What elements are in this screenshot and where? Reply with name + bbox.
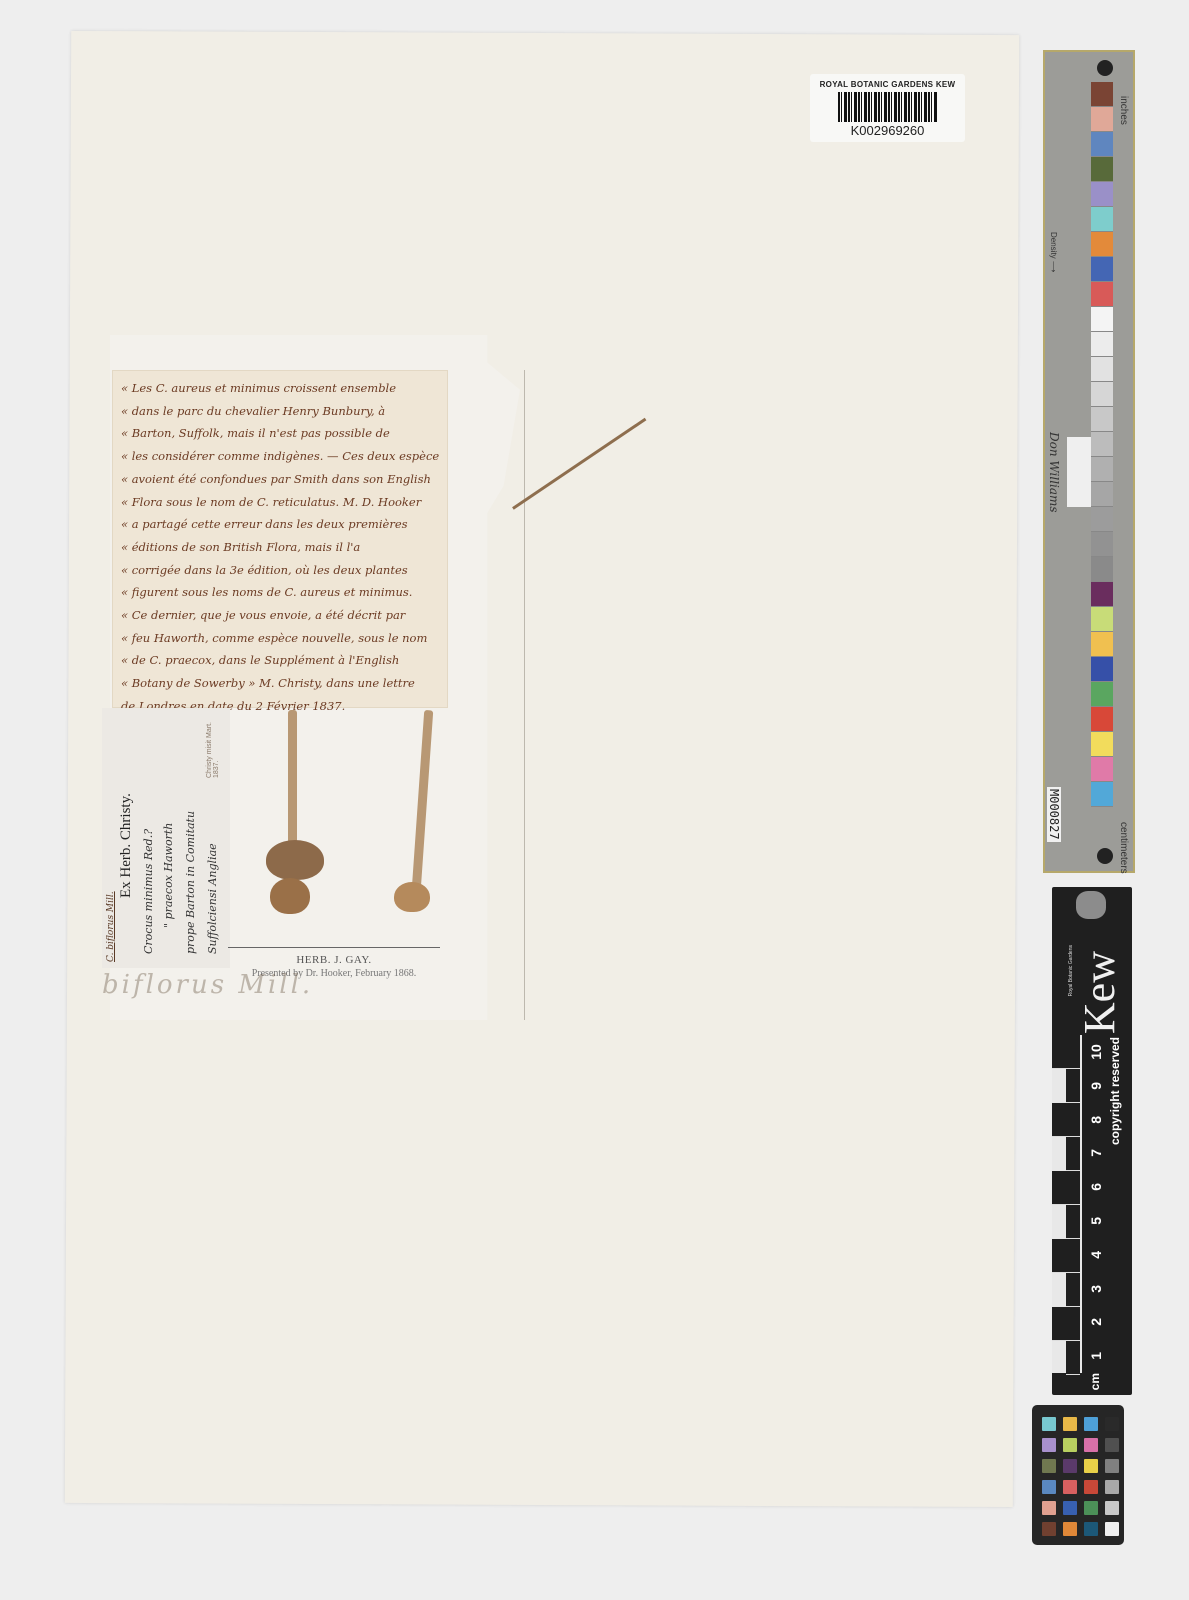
bottom-scrawl: biflorus Mill. bbox=[102, 970, 512, 1015]
checker-swatch bbox=[1063, 1501, 1077, 1515]
christy-line: " praecox Haworth bbox=[162, 823, 175, 928]
herb-title: HERB. J. GAY. bbox=[228, 954, 440, 966]
scale-numbers: 10 9 8 7 6 5 4 3 2 1 bbox=[1088, 1035, 1106, 1373]
barcode bbox=[838, 92, 938, 122]
checker-swatch bbox=[1084, 1459, 1098, 1473]
colour-patch bbox=[1091, 382, 1113, 407]
kew-scale-bar: Royal Botanic Gardens Kew 10 9 8 7 6 5 4… bbox=[1052, 887, 1132, 1395]
colour-patch bbox=[1091, 432, 1113, 457]
checker-swatch bbox=[1042, 1417, 1056, 1431]
colour-scale-ruler: inches Density ⟶ Don Williams M000827 ce… bbox=[1043, 50, 1135, 873]
ruler-hole bbox=[1097, 848, 1113, 864]
christy-heading: Ex Herb. Christy. bbox=[118, 793, 135, 898]
checker-swatch bbox=[1042, 1459, 1056, 1473]
letter-line: « figurent sous les noms de C. aureus et… bbox=[121, 581, 439, 604]
letter-line: « Botany de Sowerby » M. Christy, dans u… bbox=[121, 672, 439, 695]
checker-swatch bbox=[1105, 1459, 1119, 1473]
checker-swatch bbox=[1042, 1522, 1056, 1536]
colour-patch bbox=[1091, 457, 1113, 482]
determination: C. biflorus Mill. bbox=[106, 891, 116, 962]
colour-patch bbox=[1091, 782, 1113, 807]
colour-patch bbox=[1091, 107, 1113, 132]
colour-patch bbox=[1091, 757, 1113, 782]
unit-label: cm bbox=[1088, 1373, 1102, 1390]
checker-swatch bbox=[1063, 1480, 1077, 1494]
inches-label: inches bbox=[1118, 96, 1129, 125]
christy-line: Crocus minimus Red.? bbox=[142, 829, 155, 954]
scale-number: 9 bbox=[1088, 1069, 1104, 1103]
plant-corm bbox=[394, 882, 430, 912]
scale-number: 1 bbox=[1088, 1339, 1104, 1373]
checker-swatch bbox=[1084, 1522, 1098, 1536]
checker-swatch bbox=[1105, 1522, 1119, 1536]
scale-number: 3 bbox=[1088, 1272, 1104, 1306]
colour-patch bbox=[1091, 257, 1113, 282]
colour-patch bbox=[1091, 232, 1113, 257]
colour-patch bbox=[1091, 732, 1113, 757]
scale-number: 2 bbox=[1088, 1305, 1104, 1339]
ruler-hole bbox=[1097, 60, 1113, 76]
kew-crest-icon bbox=[1076, 891, 1106, 919]
barcode-label: ROYAL BOTANIC GARDENS KEW K002969260 bbox=[810, 74, 965, 142]
checker-swatch bbox=[1105, 1501, 1119, 1515]
letter-line: « dans le parc du chevalier Henry Bunbur… bbox=[121, 400, 439, 423]
colour-patch bbox=[1091, 507, 1113, 532]
checker-swatch bbox=[1105, 1480, 1119, 1494]
density-label: Density ⟶ bbox=[1049, 232, 1058, 272]
checker-swatch bbox=[1084, 1438, 1098, 1452]
checker-swatch bbox=[1063, 1438, 1077, 1452]
letter-line: « a partagé cette erreur dans les deux p… bbox=[121, 513, 439, 536]
kew-logo: Kew bbox=[1074, 951, 1125, 1034]
checker-swatch bbox=[1084, 1480, 1098, 1494]
brand-label: Don Williams bbox=[1047, 432, 1061, 513]
scale-number: 10 bbox=[1088, 1035, 1104, 1069]
checker-swatch bbox=[1042, 1501, 1056, 1515]
colour-patch bbox=[1091, 357, 1113, 382]
scale-number: 6 bbox=[1088, 1170, 1104, 1204]
plant-corm bbox=[270, 878, 310, 914]
handwritten-letter: « Les C. aureus et minimus croissent ens… bbox=[112, 370, 448, 708]
packet-fold-line bbox=[524, 370, 525, 1020]
christy-label: C. biflorus Mill. Ex Herb. Christy. Croc… bbox=[102, 708, 230, 968]
colour-patch bbox=[1091, 157, 1113, 182]
plant-corm bbox=[266, 840, 324, 880]
colour-patch bbox=[1091, 332, 1113, 357]
letter-line: « feu Haworth, comme espèce nouvelle, so… bbox=[121, 627, 439, 650]
plant-stem bbox=[288, 710, 297, 850]
barcode-number: K002969260 bbox=[810, 123, 965, 138]
letter-line: « Ce dernier, que je vous envoie, a été … bbox=[121, 604, 439, 627]
colour-patch bbox=[1091, 282, 1113, 307]
cm-scale bbox=[1052, 1035, 1082, 1373]
letter-line: « éditions de son British Flora, mais il… bbox=[121, 536, 439, 559]
letter-line: « de C. praecox, dans le Supplément à l'… bbox=[121, 649, 439, 672]
checker-swatch bbox=[1042, 1480, 1056, 1494]
colour-patch bbox=[1091, 682, 1113, 707]
checker-swatch bbox=[1084, 1417, 1098, 1431]
colour-patch bbox=[1091, 532, 1113, 557]
colour-patch bbox=[1091, 557, 1113, 582]
copyright-notice: copyright reserved bbox=[1108, 1037, 1122, 1145]
checker-swatch bbox=[1105, 1438, 1119, 1452]
colour-patch bbox=[1091, 307, 1113, 332]
colour-patch bbox=[1091, 707, 1113, 732]
scale-number: 4 bbox=[1088, 1238, 1104, 1272]
colour-patches bbox=[1091, 82, 1113, 807]
colour-patch bbox=[1091, 132, 1113, 157]
colour-patch bbox=[1091, 82, 1113, 107]
colour-checker bbox=[1032, 1405, 1124, 1545]
scale-id: M000827 bbox=[1047, 787, 1061, 842]
colour-patch bbox=[1091, 407, 1113, 432]
scale-number: 8 bbox=[1088, 1103, 1104, 1137]
checker-swatch bbox=[1042, 1438, 1056, 1452]
letter-line: « avoient été confondues par Smith dans … bbox=[121, 468, 439, 491]
letter-line: « corrigée dans la 3e édition, où les de… bbox=[121, 559, 439, 582]
centimeters-label: centimeters bbox=[1118, 822, 1129, 874]
pencil-note: Christy misit Mart. 1837. bbox=[206, 708, 220, 778]
colour-patch bbox=[1091, 482, 1113, 507]
checker-swatch bbox=[1063, 1417, 1077, 1431]
scale-number: 5 bbox=[1088, 1204, 1104, 1238]
checker-swatch bbox=[1063, 1459, 1077, 1473]
letter-line: « Les C. aureus et minimus croissent ens… bbox=[121, 377, 439, 400]
letter-line: « les considérer comme indigènes. — Ces … bbox=[121, 445, 439, 468]
colour-patch bbox=[1091, 657, 1113, 682]
colour-patch bbox=[1091, 582, 1113, 607]
institution-name: ROYAL BOTANIC GARDENS KEW bbox=[810, 80, 965, 89]
checker-swatch bbox=[1063, 1522, 1077, 1536]
checker-swatch bbox=[1105, 1417, 1119, 1431]
scale-number: 7 bbox=[1088, 1136, 1104, 1170]
colour-patch bbox=[1091, 607, 1113, 632]
colour-patch bbox=[1091, 632, 1113, 657]
colour-patch bbox=[1091, 182, 1113, 207]
christy-line: prope Barton in Comitatu bbox=[184, 811, 197, 954]
checker-swatch bbox=[1084, 1501, 1098, 1515]
colour-patch bbox=[1091, 207, 1113, 232]
christy-line: Suffolciensi Angliae bbox=[206, 843, 219, 954]
letter-line: « Barton, Suffolk, mais il n'est pas pos… bbox=[121, 422, 439, 445]
letter-line: « Flora sous le nom de C. reticulatus. M… bbox=[121, 491, 439, 514]
